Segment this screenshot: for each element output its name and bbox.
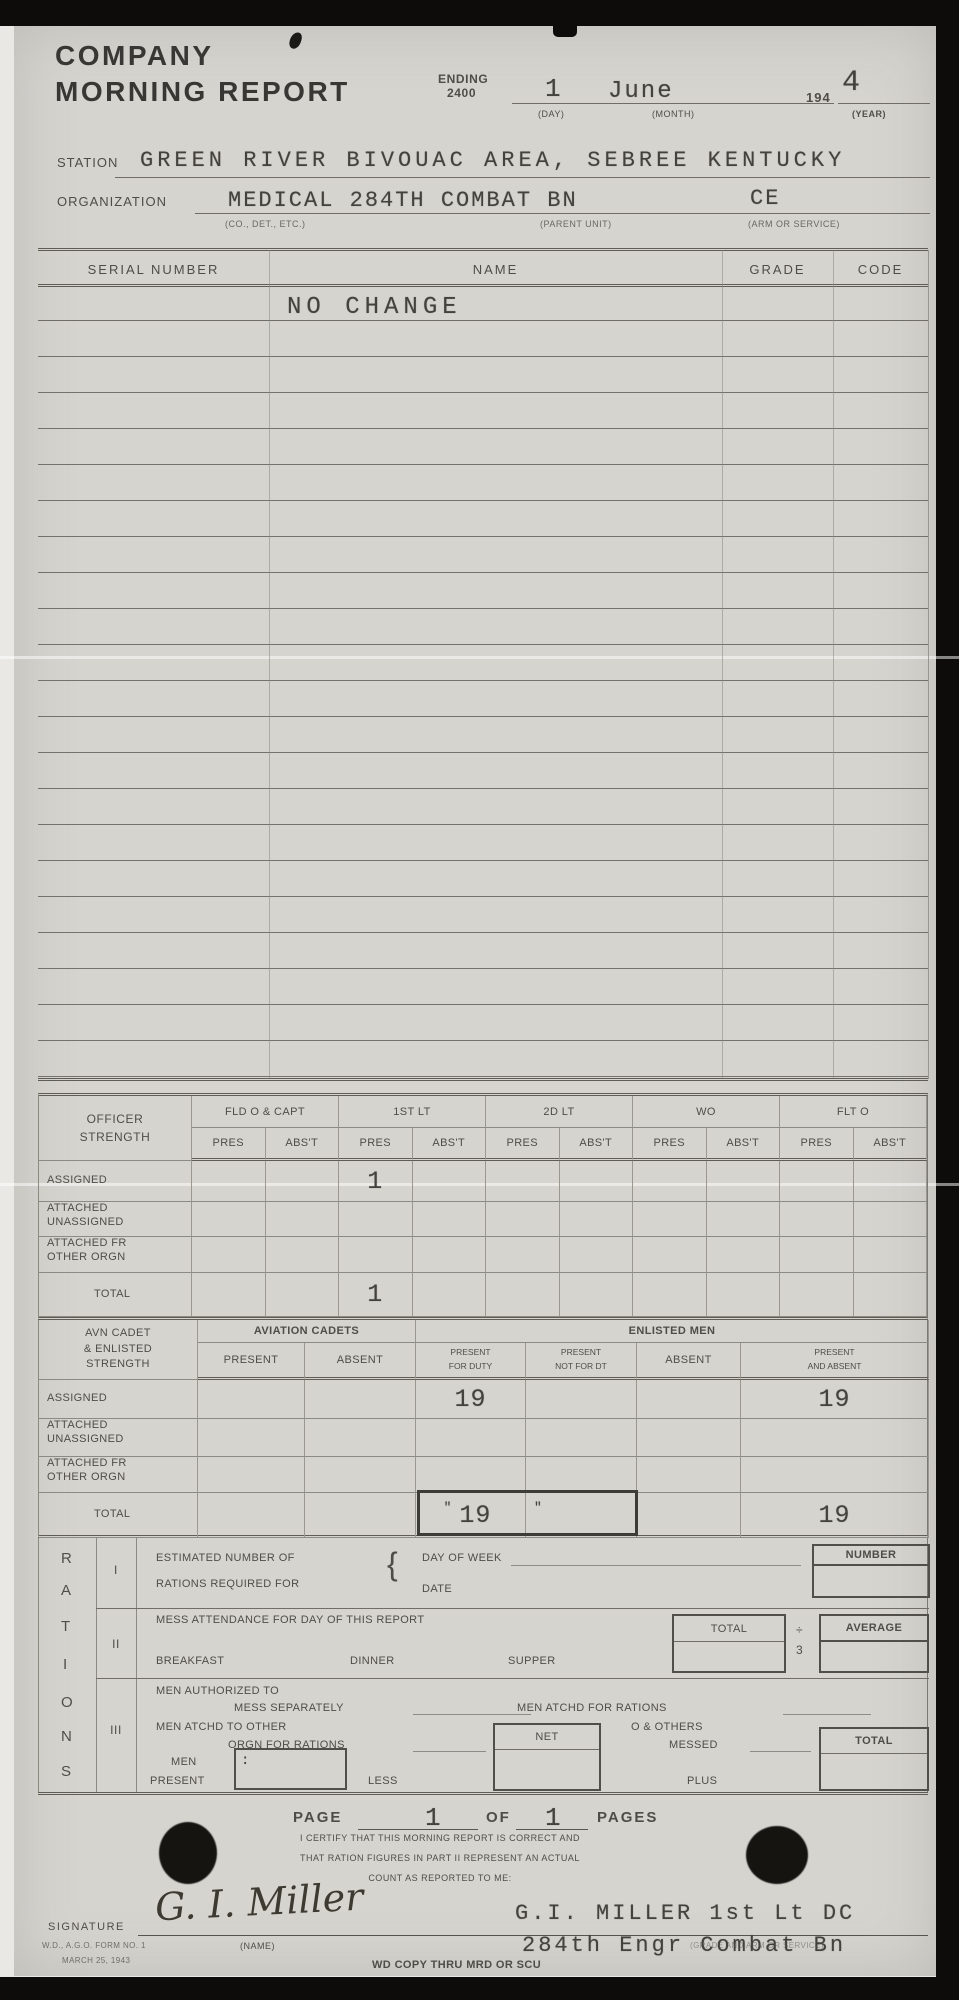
parent-unit-label: (PARENT UNIT) xyxy=(540,219,612,229)
rations-total-box: TOTAL xyxy=(819,1727,929,1791)
roster-edge-line xyxy=(928,250,929,1079)
morning-report-scan: COMPANY MORNING REPORT ENDING 2400 1 Jun… xyxy=(0,0,959,2000)
officer-subheader-abst: ABS'T xyxy=(266,1128,340,1161)
net-label: NET xyxy=(495,1725,599,1750)
rations-numeral-1: I xyxy=(96,1560,136,1580)
officer-group-flt-o: FLT O xyxy=(780,1096,927,1128)
day-label: (DAY) xyxy=(538,109,564,119)
men-atchd-other-line1: MEN ATCHD TO OTHER xyxy=(156,1721,287,1733)
officer-group-wo: WO xyxy=(633,1096,780,1128)
page-label: PAGE xyxy=(293,1809,342,1826)
o-and-others: O & OTHERS xyxy=(631,1721,703,1733)
col-present-and-absent: PRESENT AND ABSENT xyxy=(741,1343,929,1380)
officer-subheader-abst: ABS'T xyxy=(560,1128,634,1161)
number-box: NUMBER xyxy=(812,1544,930,1598)
organization-line xyxy=(195,213,930,214)
average-label: AVERAGE xyxy=(821,1616,927,1642)
officer-subheader-abst: ABS'T xyxy=(854,1128,928,1161)
day-of-week-label: DAY OF WEEK xyxy=(422,1552,502,1564)
signature-typed: G.I. MILLER 1st Lt DC xyxy=(515,1901,855,1926)
assigned-present-for-duty: 19 xyxy=(416,1380,526,1419)
rations-numeral-3: III xyxy=(96,1720,136,1740)
rations-section: R A T I O N S I II III ESTIMATED NUMBER … xyxy=(38,1538,928,1792)
plus-label: PLUS xyxy=(687,1775,717,1787)
officer-group-1st-lt: 1ST LT xyxy=(339,1096,486,1128)
men-authorized-line1: MEN AUTHORIZED TO xyxy=(156,1685,279,1697)
officer-subheader-pres: PRES xyxy=(192,1128,266,1161)
cadet-row-total: TOTAL xyxy=(39,1493,198,1538)
rations-total-label: TOTAL xyxy=(821,1729,927,1754)
average-box: AVERAGE xyxy=(819,1614,929,1673)
col-enlisted-absent: ABSENT xyxy=(637,1343,741,1380)
present-label: PRESENT xyxy=(150,1775,205,1787)
form-number: W.D., A.G.O. FORM NO. 1 xyxy=(42,1941,146,1950)
rations1-line2: RATIONS REQUIRED FOR xyxy=(156,1578,299,1590)
form-title-line2: MORNING REPORT xyxy=(55,76,350,108)
roster-blank-rows xyxy=(38,321,928,1079)
station-line xyxy=(115,177,930,178)
date-line xyxy=(512,103,834,104)
col-avn-present: PRESENT xyxy=(198,1343,305,1380)
date-label: DATE xyxy=(422,1583,452,1595)
name-label: (NAME) xyxy=(240,1941,275,1951)
officer-row-attached-unassigned: ATTACHED UNASSIGNED xyxy=(39,1202,192,1237)
breakfast-label: BREAKFAST xyxy=(156,1655,224,1667)
pages-label: PAGES xyxy=(597,1809,658,1826)
cert-line2: THAT RATION FIGURES IN PART II REPRESENT… xyxy=(220,1853,660,1863)
punch-hole-right xyxy=(746,1826,808,1884)
arm-service-value: CE xyxy=(750,186,780,211)
punch-hole-left xyxy=(159,1822,217,1884)
dinner-label: DINNER xyxy=(350,1655,395,1667)
distribution-line: WD COPY THRU MRD OR SCU xyxy=(372,1959,541,1971)
roster-header-rule xyxy=(38,284,928,287)
organization-sub-label: (CO., DET., ETC.) xyxy=(225,219,306,229)
roster-header-serial: SERIAL NUMBER xyxy=(38,258,269,280)
mess-total-box: TOTAL xyxy=(672,1614,786,1673)
month-value: June xyxy=(608,78,674,105)
total-present-and-absent: 19 xyxy=(741,1493,929,1538)
officer-strength-label: OFFICER STRENGTH xyxy=(39,1096,192,1161)
officer-row-assigned: ASSIGNED xyxy=(39,1161,192,1202)
rations-vertical-label: R A T I O N S xyxy=(39,1538,96,1792)
officer-subheader-pres: PRES xyxy=(486,1128,560,1161)
station-label: STATION xyxy=(57,155,118,170)
men-present-entry: : xyxy=(241,1753,251,1769)
cadet-row-attached-fr-other: ATTACHED FR OTHER ORGN xyxy=(39,1457,198,1493)
page-value: 1 xyxy=(425,1803,443,1833)
scan-edge-right xyxy=(936,26,959,2000)
officer-group-2d-lt: 2D LT xyxy=(486,1096,633,1128)
divide-sign: ÷ xyxy=(796,1623,803,1637)
year-value: 4 xyxy=(842,66,862,100)
men-atchd-for-rations: MEN ATCHD FOR RATIONS xyxy=(517,1702,667,1714)
scan-edge-bottom xyxy=(0,1977,959,2000)
year-line xyxy=(838,103,930,104)
divisor: 3 xyxy=(796,1643,803,1657)
roster-top-rule xyxy=(38,248,928,251)
signature-label: SIGNATURE xyxy=(48,1921,125,1933)
officer-strength-table: OFFICER STRENGTH FLD O & CAPT 1ST LT 2D … xyxy=(38,1093,928,1320)
col-present-not-for-duty: PRESENT NOT FOR DT xyxy=(526,1343,637,1380)
cert-line1: I CERTIFY THAT THIS MORNING REPORT IS CO… xyxy=(220,1833,660,1843)
messed-label: MESSED xyxy=(669,1739,718,1751)
station-value: GREEN RIVER BIVOUAC AREA, SEBREE KENTUCK… xyxy=(140,148,845,173)
arm-service-label: (ARM OR SERVICE) xyxy=(748,219,840,229)
net-box: NET xyxy=(493,1723,601,1791)
day-value: 1 xyxy=(545,74,563,104)
hand-drawn-box xyxy=(417,1490,638,1536)
roster-header-grade: GRADE xyxy=(722,258,833,280)
roster-header-code: CODE xyxy=(833,258,928,280)
roster-col-line xyxy=(722,250,723,1079)
brace: { xyxy=(387,1546,398,1583)
officer-assigned-1st-lt-pres: 1 xyxy=(339,1161,413,1202)
number-box-label: NUMBER xyxy=(814,1546,928,1566)
officer-group-fldo-capt: FLD O & CAPT xyxy=(192,1096,339,1128)
form-date: MARCH 25, 1943 xyxy=(62,1956,130,1965)
supper-label: SUPPER xyxy=(508,1655,556,1667)
form-title-line1: COMPANY xyxy=(55,40,214,72)
rations-bottom-rule xyxy=(38,1792,928,1795)
signature-unit: 284th Engr Combat Bn xyxy=(522,1933,846,1958)
roster-entry: NO CHANGE xyxy=(287,294,462,321)
scan-edge-top xyxy=(0,0,959,26)
men-authorized-line2: MESS SEPARATELY xyxy=(234,1702,344,1714)
roster-bottom-rule xyxy=(38,1078,928,1081)
cadet-enlisted-label: AVN CADET & ENLISTED STRENGTH xyxy=(39,1320,198,1380)
pages-value: 1 xyxy=(545,1803,563,1833)
rations-numeral-2: II xyxy=(96,1634,136,1654)
officer-row-total: TOTAL xyxy=(39,1273,192,1317)
year-label: (YEAR) xyxy=(852,109,886,119)
officer-subheader-pres: PRES xyxy=(633,1128,707,1161)
officer-subheader-abst: ABS'T xyxy=(707,1128,781,1161)
men-label: MEN xyxy=(171,1756,197,1768)
scan-edge-notch xyxy=(553,26,577,37)
officer-subheader-pres: PRES xyxy=(780,1128,854,1161)
enlisted-men-group: ENLISTED MEN xyxy=(416,1320,929,1343)
officer-total-1st-lt-pres: 1 xyxy=(339,1273,413,1317)
roster-header-name: NAME xyxy=(269,258,722,280)
organization-label: ORGANIZATION xyxy=(57,194,167,209)
aviation-cadets-group: AVIATION CADETS xyxy=(198,1320,416,1343)
of-label: OF xyxy=(486,1809,511,1826)
organization-value: MEDICAL 284TH COMBAT BN xyxy=(228,188,578,213)
rations1-line1: ESTIMATED NUMBER OF xyxy=(156,1552,295,1564)
col-avn-absent: ABSENT xyxy=(305,1343,416,1380)
col-present-for-duty: PRESENT FOR DUTY xyxy=(416,1343,526,1380)
less-label: LESS xyxy=(368,1775,398,1787)
month-label: (MONTH) xyxy=(652,109,695,119)
ending-time: 2400 xyxy=(447,86,476,100)
men-present-box: : xyxy=(234,1748,347,1790)
roster-col-line xyxy=(269,250,270,1079)
officer-subheader-abst: ABS'T xyxy=(413,1128,487,1161)
ending-label: ENDING xyxy=(438,72,488,86)
mess-attendance-heading: MESS ATTENDANCE FOR DAY OF THIS REPORT xyxy=(156,1614,424,1626)
officer-row-attached-fr-other: ATTACHED FR OTHER ORGN xyxy=(39,1237,192,1273)
cadet-row-attached-unassigned: ATTACHED UNASSIGNED xyxy=(39,1419,198,1457)
roster-col-line xyxy=(833,250,834,1079)
officer-subheader-pres: PRES xyxy=(339,1128,413,1161)
mess-total-label: TOTAL xyxy=(674,1616,784,1642)
assigned-present-and-absent: 19 xyxy=(741,1380,929,1419)
cadet-row-assigned: ASSIGNED xyxy=(39,1380,198,1419)
